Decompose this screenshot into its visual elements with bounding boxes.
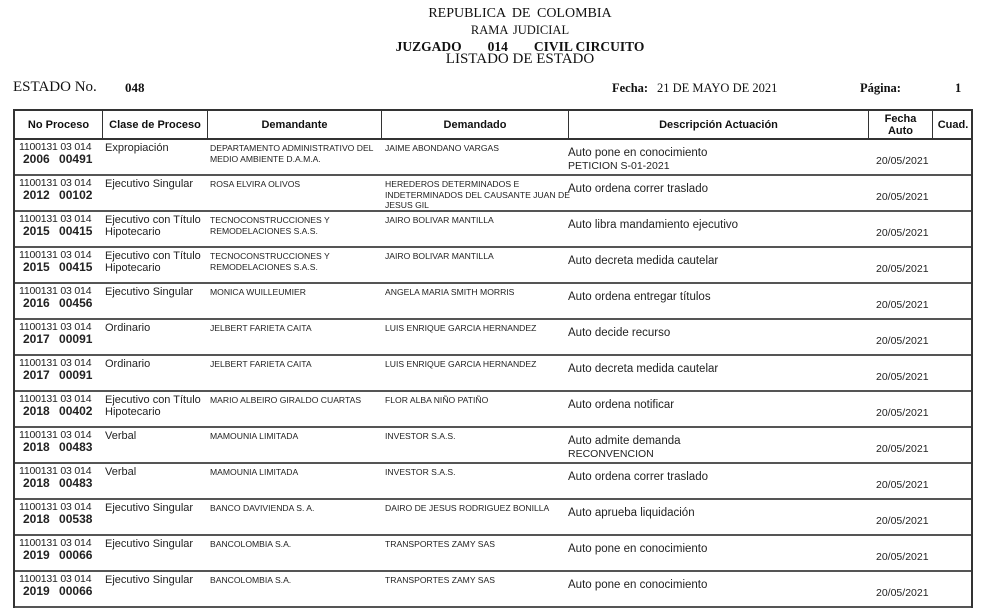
table-row: 1100131 03 014 2006 00491 Expropiación D…: [15, 140, 971, 176]
col-header-demandado: Demandado: [382, 111, 569, 138]
clase-proceso: Expropiación: [105, 142, 215, 154]
proceso-year-num: 2018 00483: [19, 441, 109, 454]
table-row: 1100131 03 014 2012 00102 Ejecutivo Sing…: [15, 176, 971, 212]
clase-proceso: Ordinario: [105, 358, 215, 370]
proceso-number: 1100131 03 014 2018 00402: [19, 394, 109, 418]
pagina-label: Página:: [860, 81, 901, 96]
descripcion-actuacion: Auto pone en conocimiento: [568, 543, 868, 556]
proceso-number: 1100131 03 014 2006 00491: [19, 142, 109, 166]
demandado: FLOR ALBA NIÑO PATIÑO: [385, 395, 575, 406]
descripcion-actuacion: Auto libra mandamiento ejecutivo: [568, 219, 868, 232]
descripcion-actuacion: Auto pone en conocimiento PETICION S-01-…: [568, 147, 868, 172]
fecha-value: 21 DE MAYO DE 2021: [657, 81, 777, 96]
fecha-auto: 20/05/2021: [876, 191, 936, 203]
demandado: HEREDEROS DETERMINADOS E INDETERMINADOS …: [385, 179, 575, 211]
proceso-number: 1100131 03 014 2017 00091: [19, 358, 109, 382]
proceso-year-num: 2017 00091: [19, 333, 109, 346]
proceso-year-num: 2019 00066: [19, 549, 109, 562]
proceso-year-num: 2015 00415: [19, 261, 109, 274]
col-header-clase: Clase de Proceso: [103, 111, 208, 138]
descripcion-actuacion: Auto ordena entregar títulos: [568, 291, 868, 304]
table-row: 1100131 03 014 2015 00415 Ejecutivo con …: [15, 248, 971, 284]
proceso-number: 1100131 03 014 2018 00483: [19, 466, 109, 490]
clase-proceso: Verbal: [105, 466, 215, 478]
proceso-year-num: 2018 00538: [19, 513, 109, 526]
demandado: TRANSPORTES ZAMY SAS: [385, 575, 575, 586]
col-header-cuad: Cuad.: [933, 111, 973, 138]
fecha-auto: 20/05/2021: [876, 263, 936, 275]
descripcion-actuacion: Auto ordena notificar: [568, 399, 868, 412]
header-republica: REPUBLICA DE COLOMBIA: [0, 6, 984, 22]
clase-proceso: Verbal: [105, 430, 215, 442]
descripcion-actuacion: Auto decreta medida cautelar: [568, 255, 868, 268]
fecha-auto: 20/05/2021: [876, 299, 936, 311]
demandante: BANCO DAVIVIENDA S. A.: [210, 503, 390, 514]
proceso-number: 1100131 03 014 2016 00456: [19, 286, 109, 310]
table-row: 1100131 03 014 2017 00091 Ordinario JELB…: [15, 356, 971, 392]
descripcion-actuacion: Auto admite demanda RECONVENCION: [568, 435, 868, 460]
demandado: INVESTOR S.A.S.: [385, 467, 575, 478]
proceso-year-num: 2017 00091: [19, 369, 109, 382]
clase-proceso: Ejecutivo Singular: [105, 574, 215, 586]
proceso-year-num: 2016 00456: [19, 297, 109, 310]
estado-label: ESTADO No.: [13, 79, 97, 96]
col-header-fecha-auto: Fecha Auto: [869, 111, 933, 138]
descripcion-actuacion: Auto ordena correr traslado: [568, 183, 868, 196]
descripcion-actuacion: Auto aprueba liquidación: [568, 507, 868, 520]
proceso-year-num: 2012 00102: [19, 189, 109, 202]
demandado: LUIS ENRIQUE GARCIA HERNANDEZ: [385, 359, 575, 370]
estado-table: No Proceso Clase de Proceso Demandante D…: [13, 109, 973, 608]
proceso-number: 1100131 03 014 2019 00066: [19, 538, 109, 562]
table-row: 1100131 03 014 2018 00483 Verbal MAMOUNI…: [15, 428, 971, 464]
demandado: DAIRO DE JESUS RODRIGUEZ BONILLA: [385, 503, 575, 514]
proceso-number: 1100131 03 014 2019 00066: [19, 574, 109, 598]
table-row: 1100131 03 014 2017 00091 Ordinario JELB…: [15, 320, 971, 356]
proceso-number: 1100131 03 014 2018 00483: [19, 430, 109, 454]
demandante: JELBERT FARIETA CAITA: [210, 359, 390, 370]
demandante: MAMOUNIA LIMITADA: [210, 467, 390, 478]
fecha-auto: 20/05/2021: [876, 515, 936, 527]
proceso-number: 1100131 03 014 2015 00415: [19, 214, 109, 238]
fecha-auto: 20/05/2021: [876, 551, 936, 563]
clase-proceso: Ejecutivo Singular: [105, 502, 215, 514]
descripcion-actuacion: Auto pone en conocimiento: [568, 579, 868, 592]
demandante: MONICA WUILLEUMIER: [210, 287, 390, 298]
col-header-demandante: Demandante: [208, 111, 382, 138]
demandante: TECNOCONSTRUCCIONES Y REMODELACIONES S.A…: [210, 215, 390, 236]
demandante: MAMOUNIA LIMITADA: [210, 431, 390, 442]
col-header-no-proceso: No Proceso: [15, 111, 103, 138]
proceso-number: 1100131 03 014 2015 00415: [19, 250, 109, 274]
demandante: ROSA ELVIRA OLIVOS: [210, 179, 390, 190]
descripcion-actuacion: Auto decreta medida cautelar: [568, 363, 868, 376]
fecha-auto: 20/05/2021: [876, 335, 936, 347]
demandante: BANCOLOMBIA S.A.: [210, 539, 390, 550]
demandante: DEPARTAMENTO ADMINISTRATIVO DEL MEDIO AM…: [210, 143, 390, 164]
table-body: 1100131 03 014 2006 00491 Expropiación D…: [15, 140, 971, 608]
fecha-auto: 20/05/2021: [876, 443, 936, 455]
proceso-year-num: 2015 00415: [19, 225, 109, 238]
fecha-auto: 20/05/2021: [876, 371, 936, 383]
demandante: MARIO ALBEIRO GIRALDO CUARTAS: [210, 395, 390, 406]
document-title: LISTADO DE ESTADO: [0, 51, 984, 68]
demandado: JAIRO BOLIVAR MANTILLA: [385, 215, 575, 226]
fecha-auto: 20/05/2021: [876, 587, 936, 599]
table-row: 1100131 03 014 2018 00538 Ejecutivo Sing…: [15, 500, 971, 536]
fecha-auto: 20/05/2021: [876, 407, 936, 419]
fecha-auto: 20/05/2021: [876, 479, 936, 491]
demandado: JAIRO BOLIVAR MANTILLA: [385, 251, 575, 262]
demandante: TECNOCONSTRUCCIONES Y REMODELACIONES S.A…: [210, 251, 390, 272]
table-row: 1100131 03 014 2015 00415 Ejecutivo con …: [15, 212, 971, 248]
proceso-year-num: 2018 00402: [19, 405, 109, 418]
demandado: ANGELA MARIA SMITH MORRIS: [385, 287, 575, 298]
clase-proceso: Ejecutivo Singular: [105, 178, 215, 190]
estado-number: 048: [125, 80, 145, 96]
header-rama-judicial: RAMA JUDICIAL: [0, 23, 984, 38]
demandante: BANCOLOMBIA S.A.: [210, 575, 390, 586]
table-row: 1100131 03 014 2019 00066 Ejecutivo Sing…: [15, 536, 971, 572]
demandado: INVESTOR S.A.S.: [385, 431, 575, 442]
demandado: TRANSPORTES ZAMY SAS: [385, 539, 575, 550]
proceso-year-num: 2006 00491: [19, 153, 109, 166]
proceso-year-num: 2018 00483: [19, 477, 109, 490]
descripcion-actuacion: Auto ordena correr traslado: [568, 471, 868, 484]
demandado: JAIME ABONDANO VARGAS: [385, 143, 575, 154]
clase-proceso: Ejecutivo con Título Hipotecario: [105, 214, 215, 238]
clase-proceso: Ejecutivo con Título Hipotecario: [105, 394, 215, 418]
proceso-year-num: 2019 00066: [19, 585, 109, 598]
table-row: 1100131 03 014 2018 00402 Ejecutivo con …: [15, 392, 971, 428]
pagina-value: 1: [955, 81, 961, 96]
clase-proceso: Ejecutivo Singular: [105, 538, 215, 550]
demandante: JELBERT FARIETA CAITA: [210, 323, 390, 334]
col-header-descripcion: Descripción Actuación: [569, 111, 869, 138]
proceso-number: 1100131 03 014 2012 00102: [19, 178, 109, 202]
demandado: LUIS ENRIQUE GARCIA HERNANDEZ: [385, 323, 575, 334]
proceso-number: 1100131 03 014 2018 00538: [19, 502, 109, 526]
table-row: 1100131 03 014 2018 00483 Verbal MAMOUNI…: [15, 464, 971, 500]
table-row: 1100131 03 014 2016 00456 Ejecutivo Sing…: [15, 284, 971, 320]
clase-proceso: Ejecutivo con Título Hipotecario: [105, 250, 215, 274]
clase-proceso: Ordinario: [105, 322, 215, 334]
clase-proceso: Ejecutivo Singular: [105, 286, 215, 298]
table-row: 1100131 03 014 2019 00066 Ejecutivo Sing…: [15, 572, 971, 608]
descripcion-actuacion: Auto decide recurso: [568, 327, 868, 340]
fecha-auto: 20/05/2021: [876, 155, 936, 167]
proceso-number: 1100131 03 014 2017 00091: [19, 322, 109, 346]
fecha-auto: 20/05/2021: [876, 227, 936, 239]
fecha-label: Fecha:: [612, 81, 648, 96]
table-header: No Proceso Clase de Proceso Demandante D…: [15, 111, 971, 140]
